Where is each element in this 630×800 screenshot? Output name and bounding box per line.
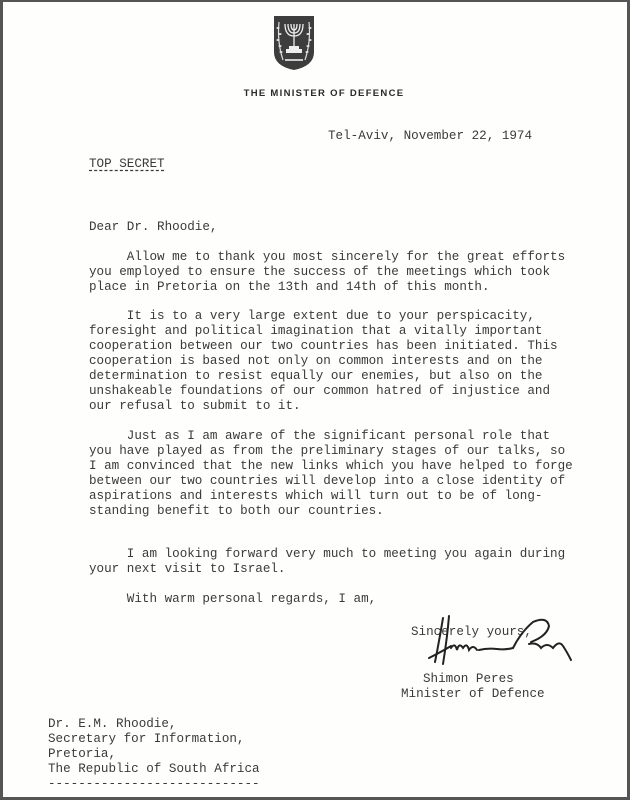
- classification-marking: TOP SECRET: [89, 157, 165, 172]
- letter-page: THE MINISTER OF DEFENCE Tel-Aviv, Novemb…: [0, 0, 630, 800]
- state-emblem-icon: [271, 14, 317, 72]
- body-paragraph-5: With warm personal regards, I am,: [89, 592, 376, 607]
- salutation: Dear Dr. Rhoodie,: [89, 220, 217, 235]
- letterhead-title: THE MINISTER OF DEFENCE: [3, 88, 630, 99]
- dateline: Tel-Aviv, November 22, 1974: [328, 129, 532, 144]
- body-paragraph-1: Allow me to thank you most sincerely for…: [89, 250, 565, 295]
- signer-name: Shimon Peres: [423, 672, 514, 687]
- body-paragraph-2: It is to a very large extent due to your…: [89, 309, 558, 414]
- body-paragraph-3: Just as I am aware of the significant pe…: [89, 429, 573, 519]
- body-paragraph-4: I am looking forward very much to meetin…: [89, 547, 565, 577]
- signer-title: Minister of Defence: [401, 687, 545, 702]
- recipient-address: Dr. E.M. Rhoodie, Secretary for Informat…: [48, 717, 260, 792]
- handwritten-signature: [421, 612, 581, 668]
